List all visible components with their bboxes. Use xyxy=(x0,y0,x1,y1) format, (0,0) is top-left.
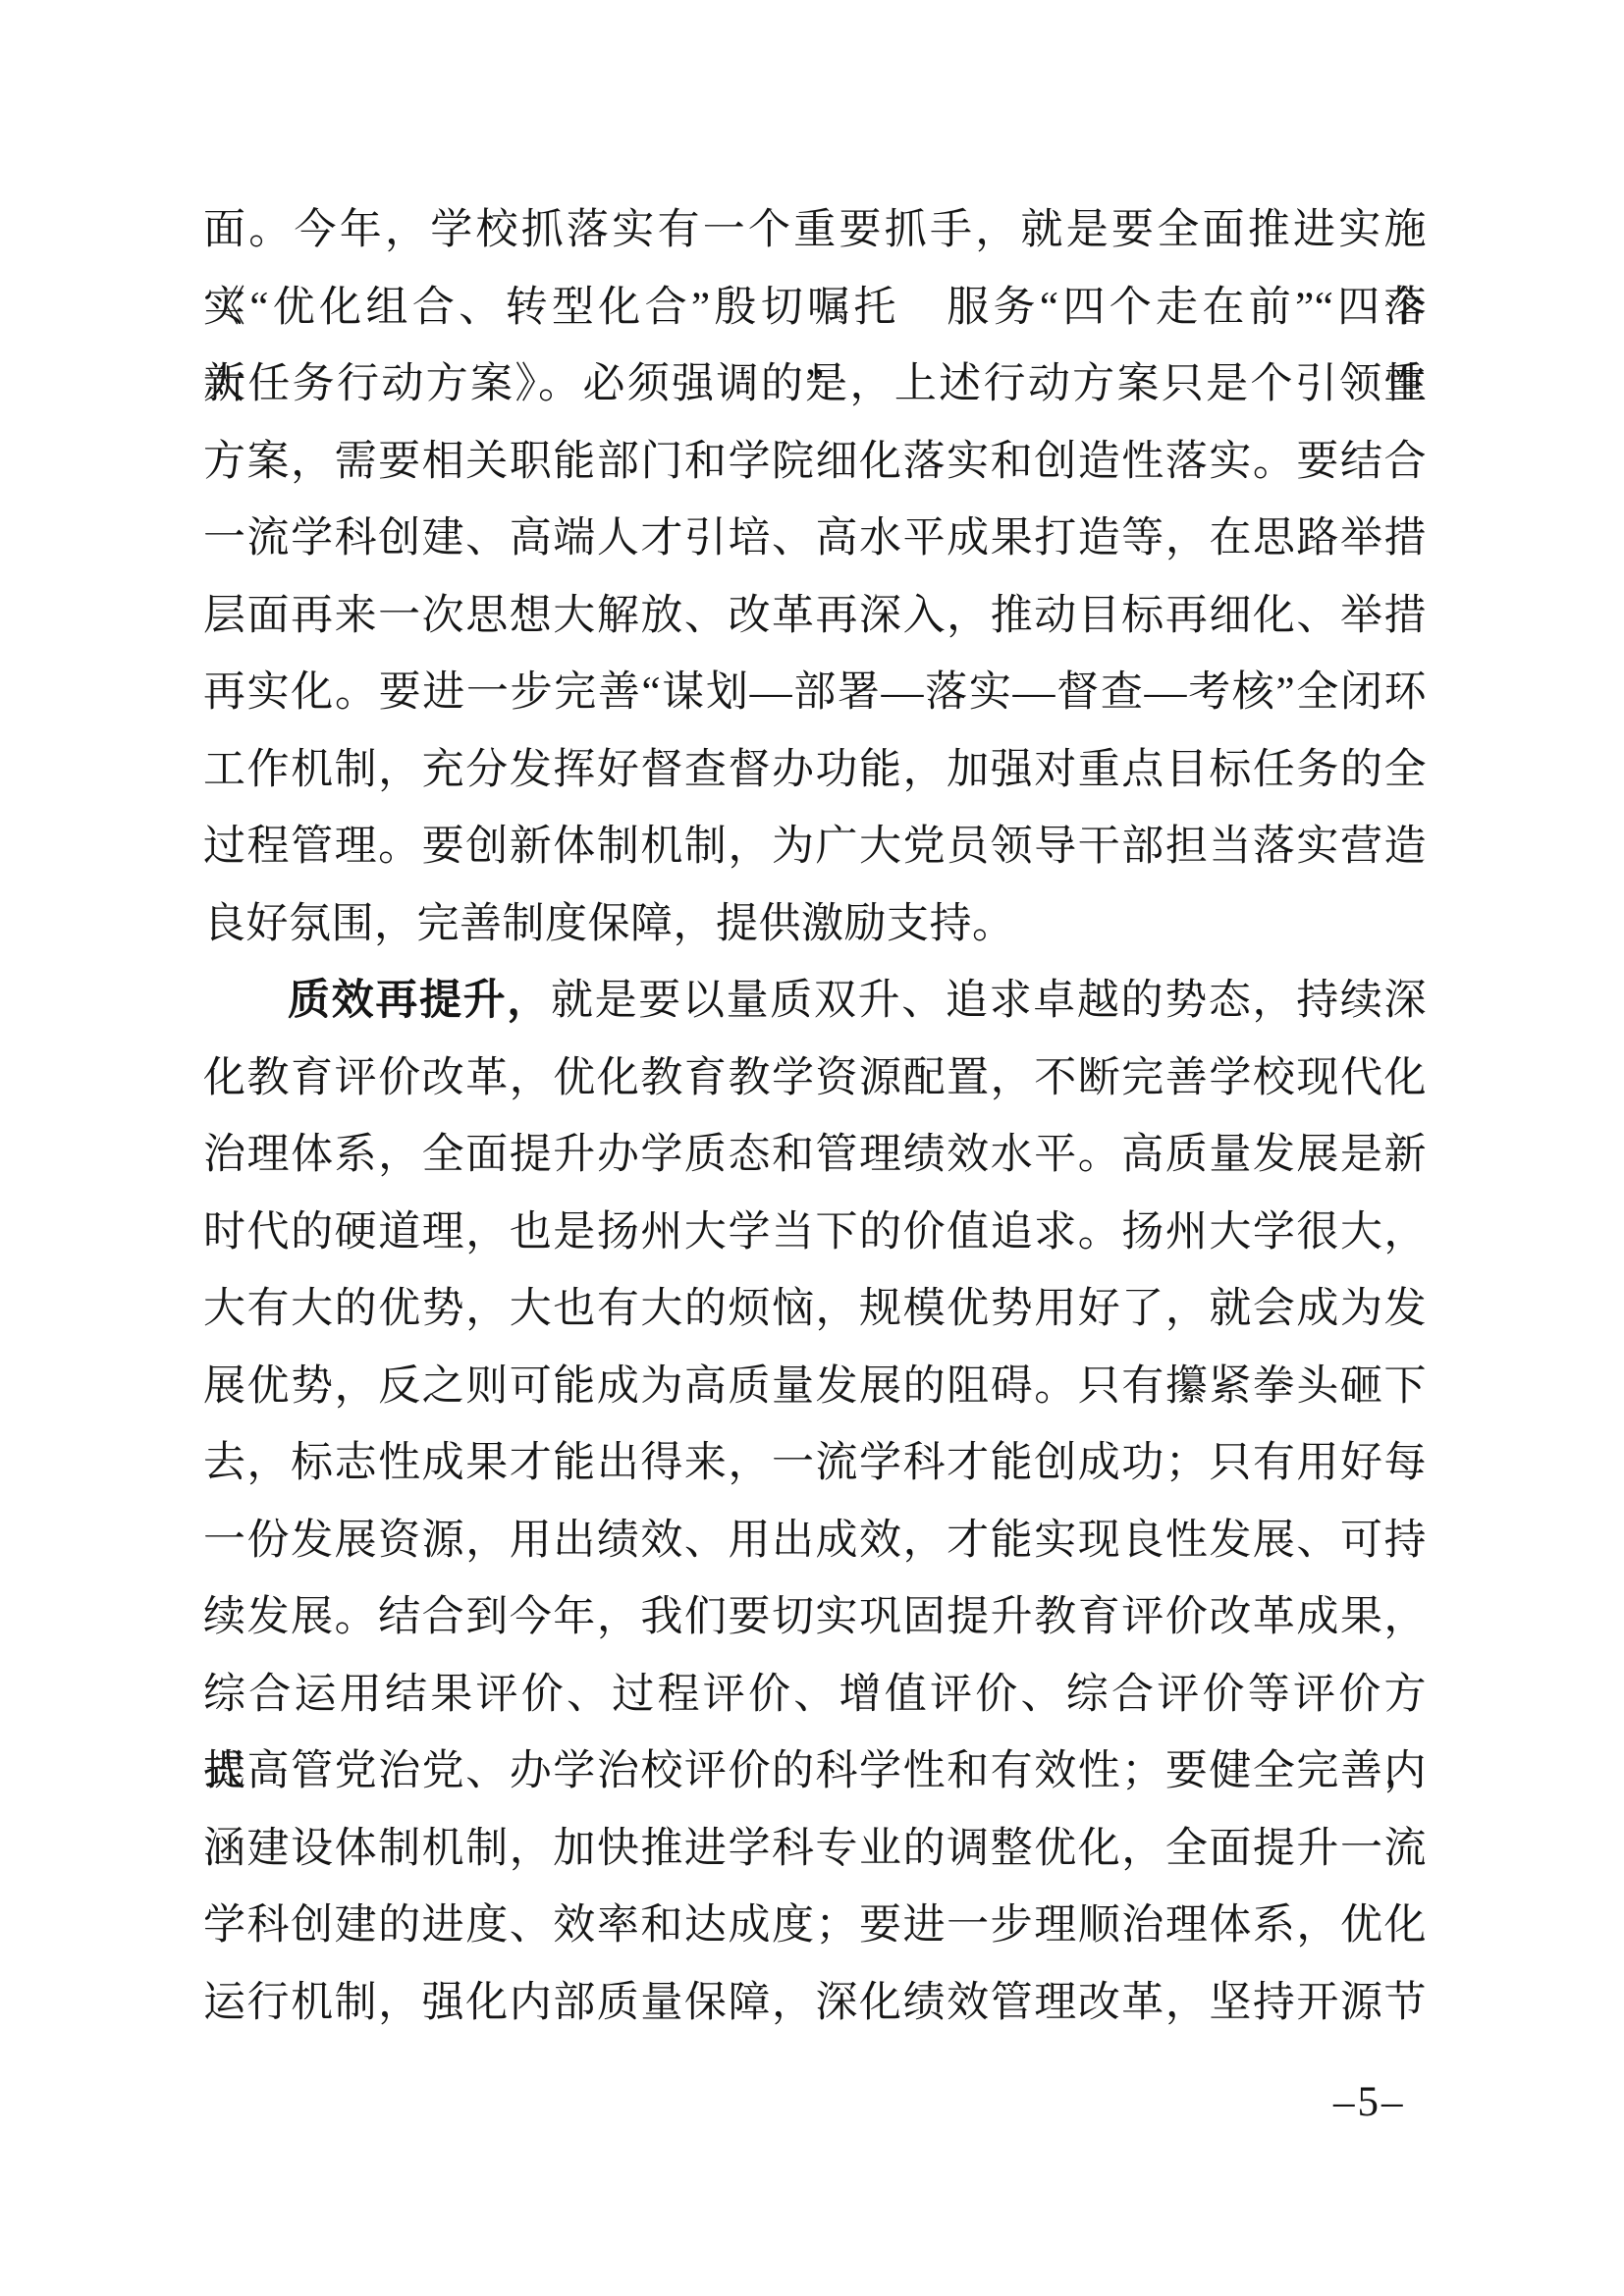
text-line: 工作机制，充分发挥好督查督办功能，加强对重点目标任务的全 xyxy=(203,732,1427,810)
paragraph-lead-bold: 质效再提升， xyxy=(288,978,551,1024)
text-line: 运行机制，强化内部质量保障，深化绩效管理改革，坚持开源节 xyxy=(203,1965,1427,2043)
text-line: 过程管理。要创新体制机制，为广大党员领导干部担当落实营造 xyxy=(203,809,1427,886)
paragraph-lead-rest: 就是要以量质双升、追求卓越的势态，持续深 xyxy=(551,978,1427,1024)
text-line: 学科创建的进度、效率和达成度；要进一步理顺治理体系，优化 xyxy=(203,1888,1427,1965)
text-line: 层面再来一次思想大解放、改革再深入，推动目标再细化、举措 xyxy=(203,578,1427,656)
text-line: 去，标志性成果才能出得来，一流学科才能创成功；只有用好每 xyxy=(203,1425,1427,1503)
text-line: 一流学科创建、高端人才引培、高水平成果打造等，在思路举措 xyxy=(203,501,1427,578)
page-number: –5– xyxy=(1333,2079,1406,2126)
text-line: 方案，需要相关职能部门和学院细化落实和创造性落实。要结合 xyxy=(203,424,1427,502)
body-text: 面。今年，学校抓落实有一个重要抓手，就是要全面推进实施《落 实“优化组合、转型化… xyxy=(203,192,1427,2042)
text-line: 时代的硬道理，也是扬州大学当下的价值追求。扬州大学很大， xyxy=(203,1195,1427,1272)
text-line: 实“优化组合、转型化合”殷切嘱托 服务“四个走在前”“四个新”重 xyxy=(203,270,1427,347)
text-line: 大有大的优势，大也有大的烦恼，规模优势用好了，就会成为发 xyxy=(203,1271,1427,1349)
text-line: 良好氛围，完善制度保障，提供激励支持。 xyxy=(203,886,1427,964)
text-line: 再实化。要进一步完善“谋划—部署—落实—督查—考核”全闭环 xyxy=(203,655,1427,732)
text-line: 治理体系，全面提升办学质态和管理绩效水平。高质量发展是新 xyxy=(203,1117,1427,1195)
text-line: 续发展。结合到今年，我们要切实巩固提升教育评价改革成果， xyxy=(203,1579,1427,1657)
text-line: 展优势，反之则可能成为高质量发展的阻碍。只有攥紧拳头砸下 xyxy=(203,1349,1427,1426)
text-line: 化教育评价改革，优化教育教学资源配置，不断完善学校现代化 xyxy=(203,1041,1427,1118)
text-line: 提高管党治党、办学治校评价的科学性和有效性；要健全完善内 xyxy=(203,1734,1427,1811)
document-page: 面。今年，学校抓落实有一个重要抓手，就是要全面推进实施《落 实“优化组合、转型化… xyxy=(0,0,1624,2296)
text-line: 综合运用结果评价、过程评价、增值评价、综合评价等评价方式， xyxy=(203,1657,1427,1735)
text-line: 面。今年，学校抓落实有一个重要抓手，就是要全面推进实施《落 xyxy=(203,192,1427,270)
text-line: 大任务行动方案》。必须强调的是，上述行动方案只是个引领性 xyxy=(203,347,1427,424)
text-line: 涵建设体制机制，加快推进学科专业的调整优化，全面提升一流 xyxy=(203,1811,1427,1889)
text-line-paragraph-start: 质效再提升，就是要以量质双升、追求卓越的势态，持续深 xyxy=(203,963,1427,1041)
text-line: 一份发展资源，用出绩效、用出成效，才能实现良性发展、可持 xyxy=(203,1503,1427,1580)
